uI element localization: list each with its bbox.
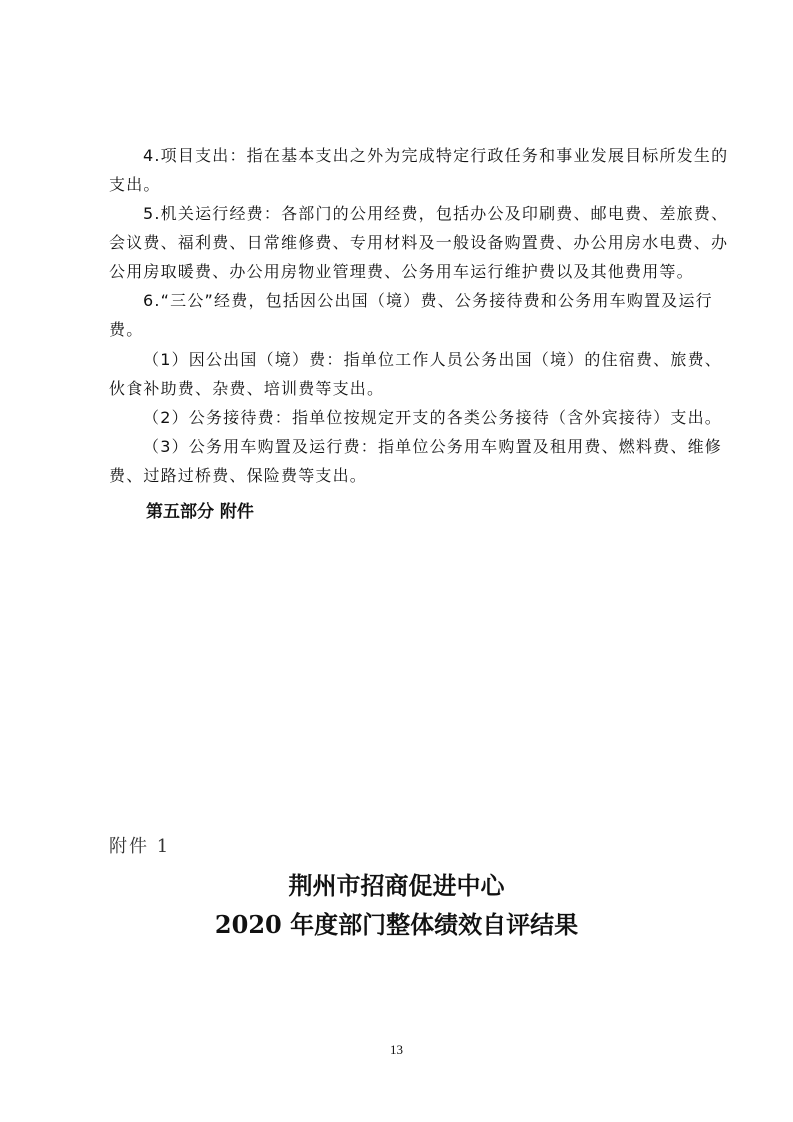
paragraph-line: 费。: [109, 320, 143, 340]
paragraph-line: 会议费、福利费、日常维修费、专用材料及一般设备购置费、办公用房水电费、办: [109, 233, 728, 253]
paragraph-line: （3）公务用车购置及运行费：指单位公务用车购置及租用费、燃料费、维修: [143, 437, 722, 457]
attachment-title-line1: 荆州市招商促进中心: [0, 866, 793, 901]
paragraph-line: 4.项目支出：指在基本支出之外为完成特定行政任务和事业发展目标所发生的: [143, 146, 728, 166]
section-heading: 第五部分 附件: [146, 497, 254, 522]
paragraph-line: 伙食补助费、杂费、培训费等支出。: [109, 379, 384, 399]
attachment-title-line2: 2020 年度部门整体绩效自评结果: [0, 905, 793, 940]
page-number: 13: [0, 1042, 793, 1058]
paragraph-line: （2）公务接待费：指单位按规定开支的各类公务接待（含外宾接待）支出。: [143, 408, 722, 428]
paragraph-line: 费、过路过桥费、保险费等支出。: [109, 466, 367, 486]
paragraph-line: 支出。: [109, 175, 161, 195]
paragraph-line: 5.机关运行经费：各部门的公用经费，包括办公及印刷费、邮电费、差旅费、: [143, 204, 728, 224]
paragraph-line: 6.“三公”经费，包括因公出国（境）费、公务接待费和公务用车购置及运行: [143, 291, 713, 311]
paragraph-line: （1）因公出国（境）费：指单位工作人员公务出国（境）的住宿费、旅费、: [143, 350, 722, 370]
paragraph-line: 公用房取暖费、办公用房物业管理费、公务用车运行维护费以及其他费用等。: [109, 262, 694, 282]
attachment-label: 附件 1: [109, 832, 170, 858]
